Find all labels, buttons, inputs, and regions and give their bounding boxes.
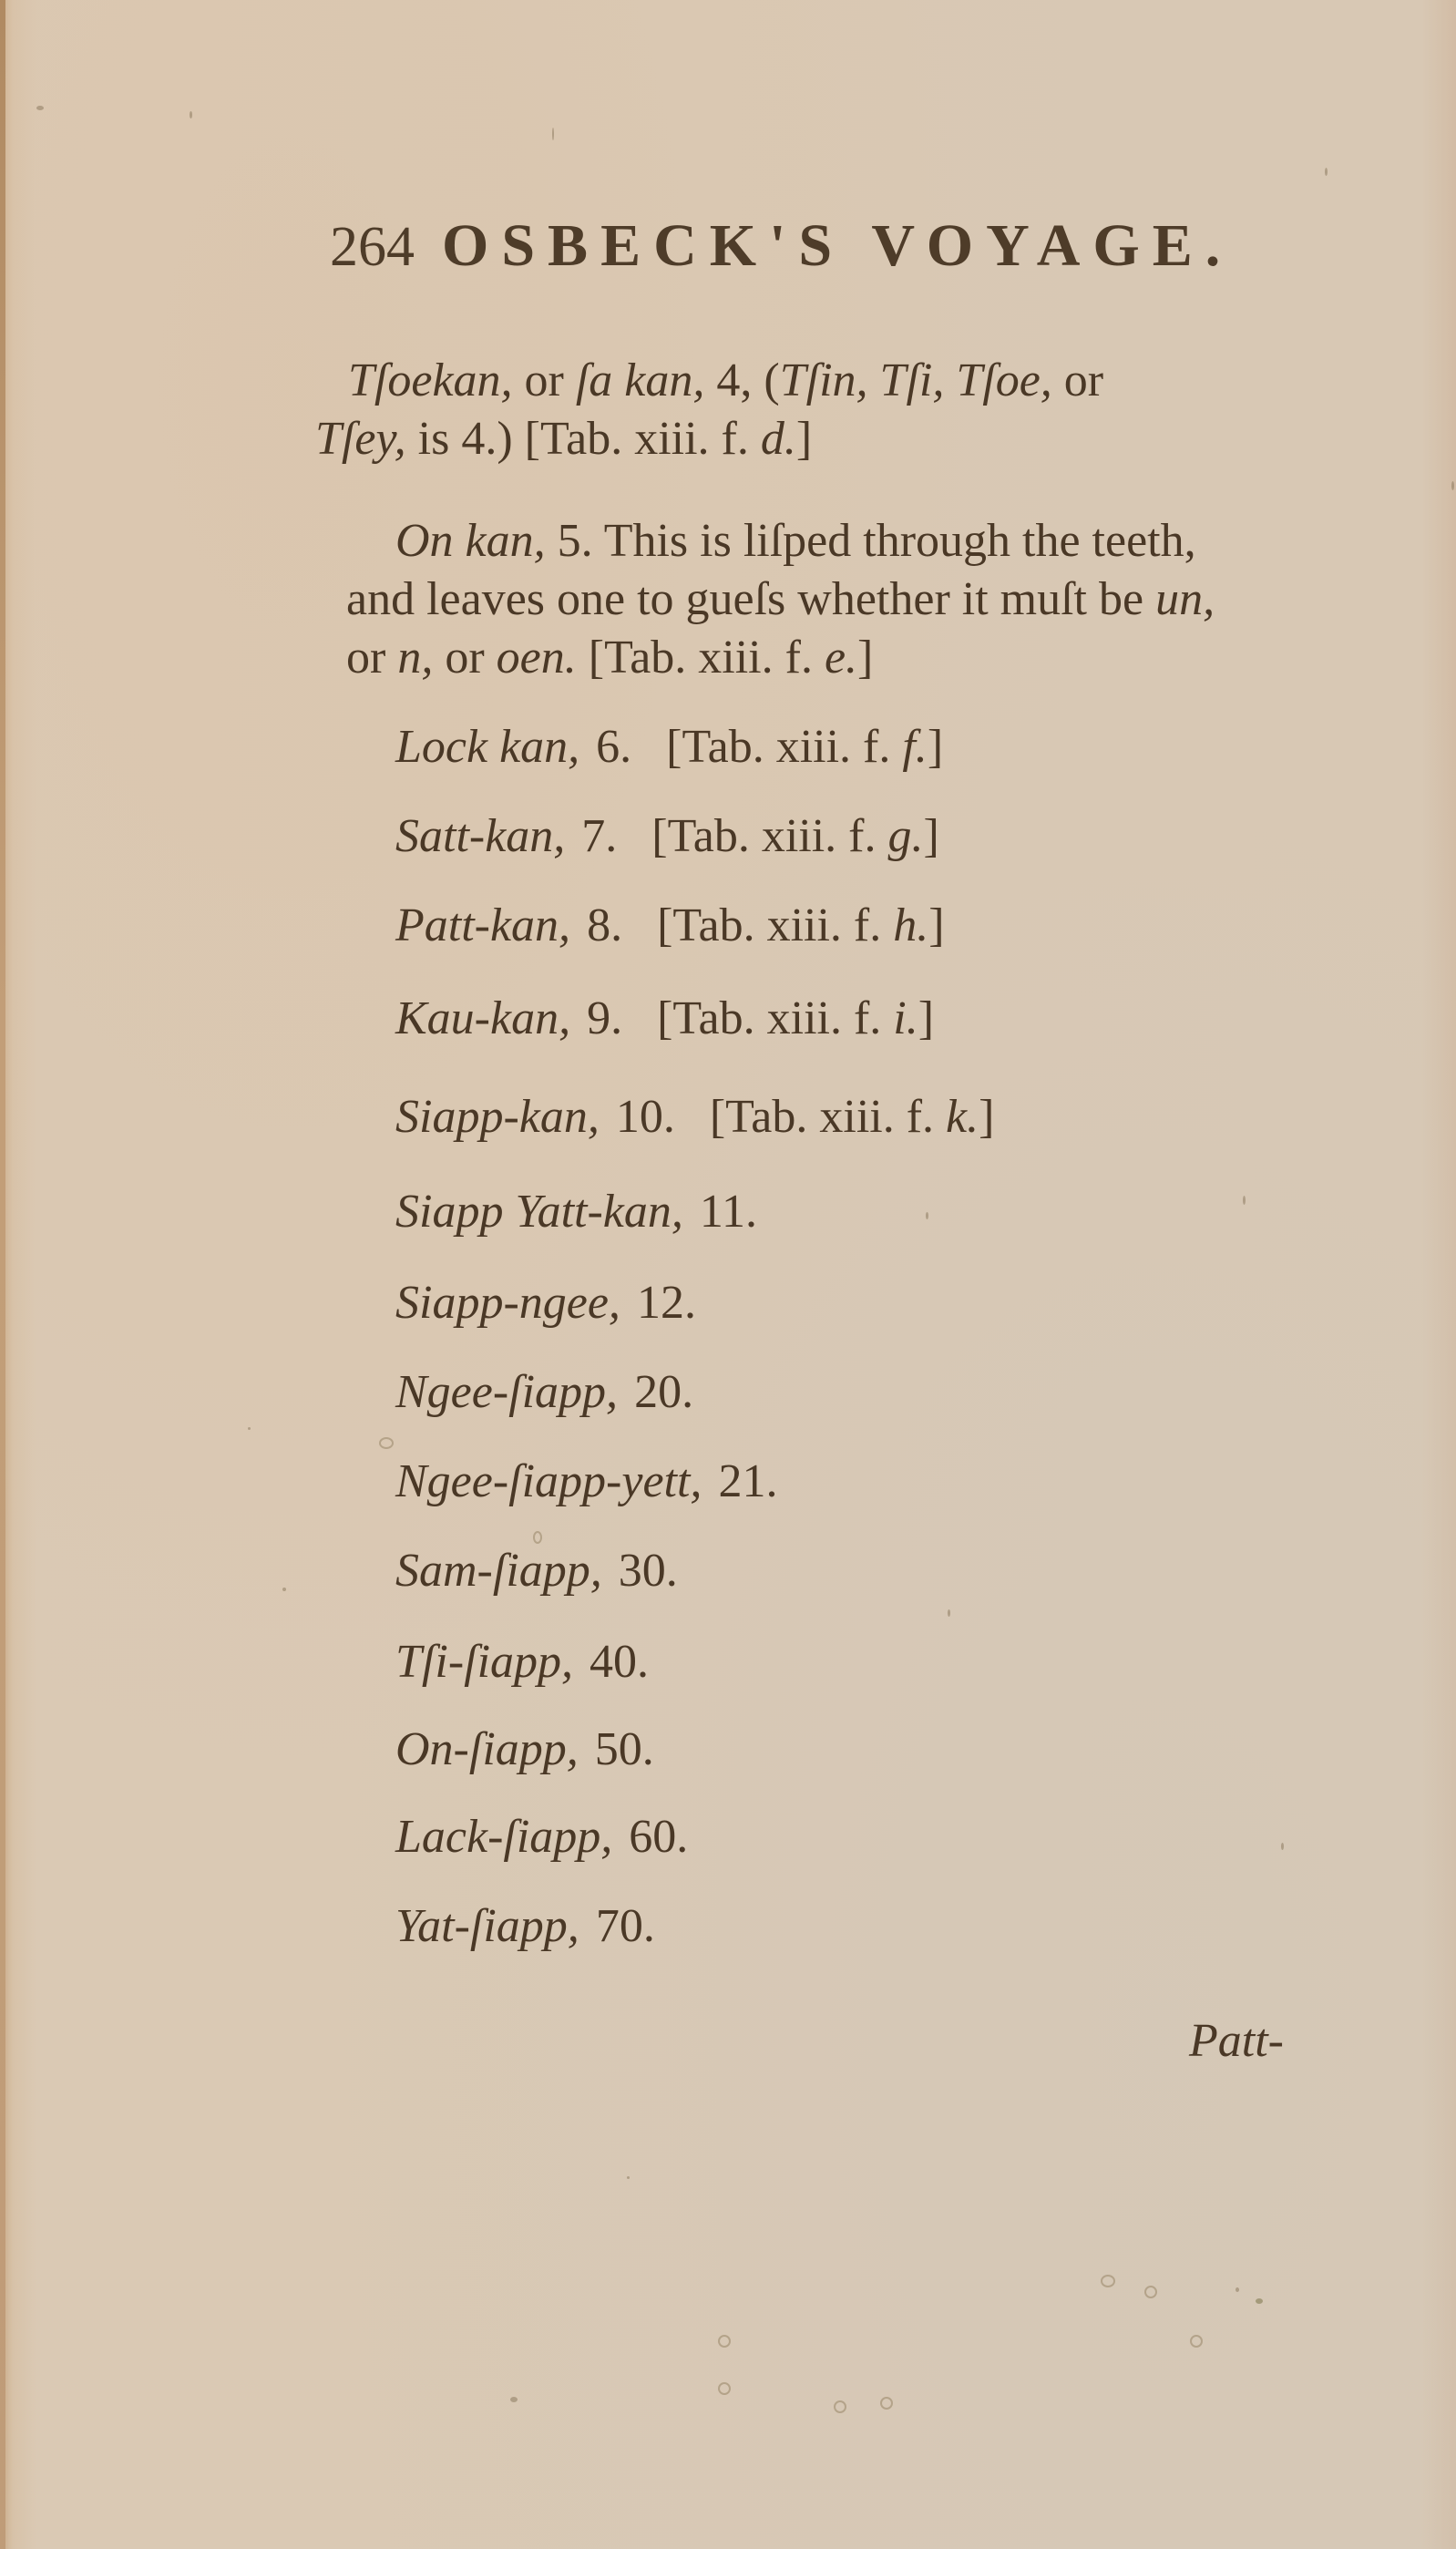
paper-speck — [1190, 2335, 1203, 2348]
ref-text: [Tab. xiii. f. — [657, 992, 893, 1044]
term: Ngee-ſiapp-yett, — [395, 1455, 702, 1507]
paper-speck — [1451, 481, 1454, 490]
paragraph-line: and leaves one to gueſs whether it muſt … — [346, 570, 1215, 629]
paper-speck — [1236, 2287, 1239, 2292]
number: 9. — [587, 992, 622, 1044]
number: 60. — [629, 1811, 688, 1863]
text: or — [1052, 355, 1103, 406]
paper-speck — [1101, 2275, 1115, 2287]
text: This is liſped through the teeth, — [593, 515, 1196, 567]
paper-speck — [1144, 2286, 1157, 2298]
figure-letter: i. — [893, 992, 918, 1044]
paper-speck — [1281, 1843, 1284, 1850]
term: On-ſiapp, — [395, 1723, 579, 1775]
paper-speck — [379, 1437, 394, 1449]
catchword: Patt- — [1189, 2014, 1284, 2068]
number: 70. — [596, 1900, 655, 1952]
number: 21. — [718, 1455, 777, 1507]
text: ] — [857, 632, 873, 684]
figure-letter: h. — [893, 899, 928, 951]
variant: n, — [397, 632, 433, 684]
numeral-entry: Lock kan,6.[Tab. xiii. f. f.] — [395, 720, 943, 774]
term: Yat-ſiapp, — [395, 1900, 579, 1952]
term: ſa kan, — [576, 355, 705, 406]
text: or — [346, 632, 397, 684]
term: Siapp-kan, — [395, 1091, 600, 1143]
term: On kan, — [395, 515, 546, 567]
paper-speck — [533, 1531, 542, 1544]
paper-speck — [1243, 1196, 1246, 1205]
figure-letter: e. — [825, 632, 857, 684]
paper-speck — [190, 111, 192, 118]
ref-text: ] — [923, 810, 938, 862]
paragraph-line: or n, or oen. [Tab. xiii. f. e.] — [346, 629, 1215, 687]
ref-text: [Tab. xiii. f. — [710, 1091, 946, 1143]
number: 11. — [700, 1186, 757, 1238]
term: Patt-kan, — [395, 899, 570, 951]
numeral-entry: Siapp-ngee,12. — [395, 1276, 696, 1330]
paper-speck — [552, 128, 554, 140]
text: is 4.) [Tab. xiii. f. — [406, 413, 761, 465]
term: Satt-kan, — [395, 810, 565, 862]
figure-letter: f. — [902, 721, 927, 773]
term: Lack-ſiapp, — [395, 1811, 612, 1863]
numeral-entry: Siapp Yatt-kan,11. — [395, 1185, 757, 1239]
paragraph-line: On kan, 5. This is liſped through the te… — [395, 512, 1215, 570]
paper-speck — [510, 2397, 518, 2402]
variant: un, — [1155, 573, 1215, 625]
running-head: 264OSBECK'S VOYAGE. — [330, 211, 1233, 281]
figure-letter: k. — [946, 1091, 979, 1143]
paper-speck — [1256, 2298, 1263, 2304]
text: and leaves one to gueſs whether it muſt … — [346, 573, 1155, 625]
numeral-entry: Tſi-ſiapp,40. — [395, 1635, 649, 1689]
numeral-entry: Lack-ſiapp,60. — [395, 1810, 688, 1864]
number: 50. — [595, 1723, 654, 1775]
figure-letter: g. — [887, 810, 923, 862]
paragraph-line: Tſoekan, or ſa kan, 4, (Tſin, Tſi, Tſoe,… — [348, 352, 1103, 410]
ref-text: [Tab. xiii. f. — [666, 721, 902, 773]
variants: Tſin, Tſi, Tſoe, — [780, 355, 1052, 406]
term: Ngee-ſiapp, — [395, 1366, 618, 1418]
number: 7. — [581, 810, 617, 862]
numeral-entry: Ngee-ſiapp-yett,21. — [395, 1454, 777, 1508]
term: Kau-kan, — [395, 992, 570, 1044]
ref-text: [Tab. xiii. f. — [657, 899, 893, 951]
text: or — [433, 632, 496, 684]
term: Tſi-ſiapp, — [395, 1636, 573, 1688]
ref-text: [Tab. xiii. f. — [651, 810, 887, 862]
table-reference: [Tab. xiii. f. i.] — [657, 992, 934, 1044]
term: Lock kan, — [395, 721, 579, 773]
paper-speck — [282, 1588, 286, 1591]
paper-speck — [1325, 168, 1328, 176]
ref-text: ] — [928, 721, 943, 773]
paper-speck — [926, 1212, 928, 1219]
number: 30. — [619, 1545, 678, 1597]
number: 40. — [590, 1636, 649, 1688]
ref-text: ] — [928, 899, 944, 951]
term: Sam-ſiapp, — [395, 1545, 602, 1597]
number: 8. — [587, 899, 622, 951]
term: Tſoekan, — [348, 355, 513, 406]
number: 5. — [546, 515, 593, 567]
ref-text: ] — [918, 992, 934, 1044]
numeral-entry: Yat-ſiapp,70. — [395, 1899, 655, 1953]
paragraph-numeral-4: Tſoekan, or ſa kan, 4, (Tſin, Tſi, Tſoe,… — [348, 352, 1103, 468]
table-reference: [Tab. xiii. f. h.] — [657, 899, 945, 951]
paper-speck — [948, 1609, 950, 1617]
running-head-title: OSBECK'S VOYAGE. — [442, 212, 1233, 279]
numeral-entry: Ngee-ſiapp,20. — [395, 1365, 693, 1419]
number: 12. — [637, 1277, 696, 1329]
numeral-entry: On-ſiapp,50. — [395, 1722, 654, 1776]
paper-speck — [627, 2176, 630, 2179]
text: ] — [796, 413, 812, 465]
paper-speck — [880, 2397, 893, 2410]
text: 4, ( — [704, 355, 779, 406]
numeral-entry: Patt-kan,8.[Tab. xiii. f. h.] — [395, 899, 945, 952]
table-reference: [Tab. xiii. f. f.] — [666, 721, 943, 773]
variant: Tſey, — [315, 413, 406, 465]
page-edge — [0, 0, 5, 2549]
paper-speck — [36, 106, 44, 110]
figure-letter: d. — [761, 413, 796, 465]
book-page: 264OSBECK'S VOYAGE. Tſoekan, or ſa kan, … — [0, 0, 1456, 2549]
paper-speck — [718, 2335, 731, 2348]
paragraph-line: Tſey, is 4.) [Tab. xiii. f. d.] — [315, 410, 1103, 468]
text: or — [513, 355, 576, 406]
numeral-entry: Siapp-kan,10.[Tab. xiii. f. k.] — [395, 1090, 994, 1144]
table-reference: [Tab. xiii. f. k.] — [710, 1091, 995, 1143]
paper-speck — [248, 1427, 251, 1430]
paper-speck — [834, 2400, 846, 2413]
paragraph-numeral-5: On kan, 5. This is liſped through the te… — [395, 512, 1215, 687]
number: 20. — [634, 1366, 693, 1418]
ref-text: ] — [979, 1091, 994, 1143]
paper-speck — [718, 2382, 731, 2395]
number: 6. — [596, 721, 631, 773]
numeral-entry: Kau-kan,9.[Tab. xiii. f. i.] — [395, 992, 934, 1045]
term: Siapp Yatt-kan, — [395, 1186, 683, 1238]
term: Siapp-ngee, — [395, 1277, 620, 1329]
text: [Tab. xiii. f. — [577, 632, 825, 684]
numeral-entry: Satt-kan,7.[Tab. xiii. f. g.] — [395, 809, 939, 863]
numeral-entry: Sam-ſiapp,30. — [395, 1544, 678, 1598]
table-reference: [Tab. xiii. f. g.] — [651, 810, 939, 862]
page-number: 264 — [330, 216, 415, 278]
variant: oen. — [497, 632, 577, 684]
number: 10. — [616, 1091, 675, 1143]
